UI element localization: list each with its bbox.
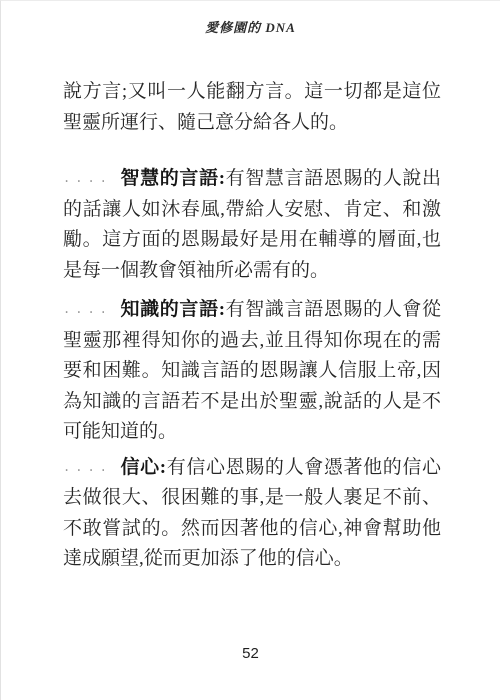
list-marker-dots: ....: [63, 302, 120, 316]
section-wisdom-words: ....智慧的言語:有智慧言語恩賜的人說出的話讓人如沐春風,帶給人安慰、肯定、和…: [63, 163, 441, 286]
page-number: 52: [1, 645, 500, 662]
list-marker-dots: ....: [63, 460, 120, 474]
section-title: 知識的言語:: [120, 299, 225, 320]
page-body-text: 說方言;又叫一人能翻方言。這一切都是這位聖靈所運行、隨己意分給各人的。 ....…: [63, 77, 441, 575]
section-knowledge-words: ....知識的言語:有智識言語恩賜的人會從聖靈那裡得知你的過去,並且得知你現在的…: [63, 294, 441, 448]
section-body: 有智識言語恩賜的人會從聖靈那裡得知你的過去,並且得知你現在的需要和困難。知識言語…: [63, 299, 441, 442]
section-title: 智慧的言語:: [120, 168, 225, 189]
book-page: 愛修園的 DNA 說方言;又叫一人能翻方言。這一切都是這位聖靈所運行、隨己意分給…: [0, 0, 500, 700]
list-marker-dots: ....: [63, 171, 120, 185]
section-title: 信心:: [120, 457, 166, 478]
running-header: 愛修園的 DNA: [1, 17, 500, 36]
paragraph-intro: 說方言;又叫一人能翻方言。這一切都是這位聖靈所運行、隨己意分給各人的。: [63, 77, 441, 138]
section-faith: ....信心:有信心恩賜的人會憑著他的信心去做很大、很困難的事,是一般人裹足不前…: [63, 452, 441, 575]
